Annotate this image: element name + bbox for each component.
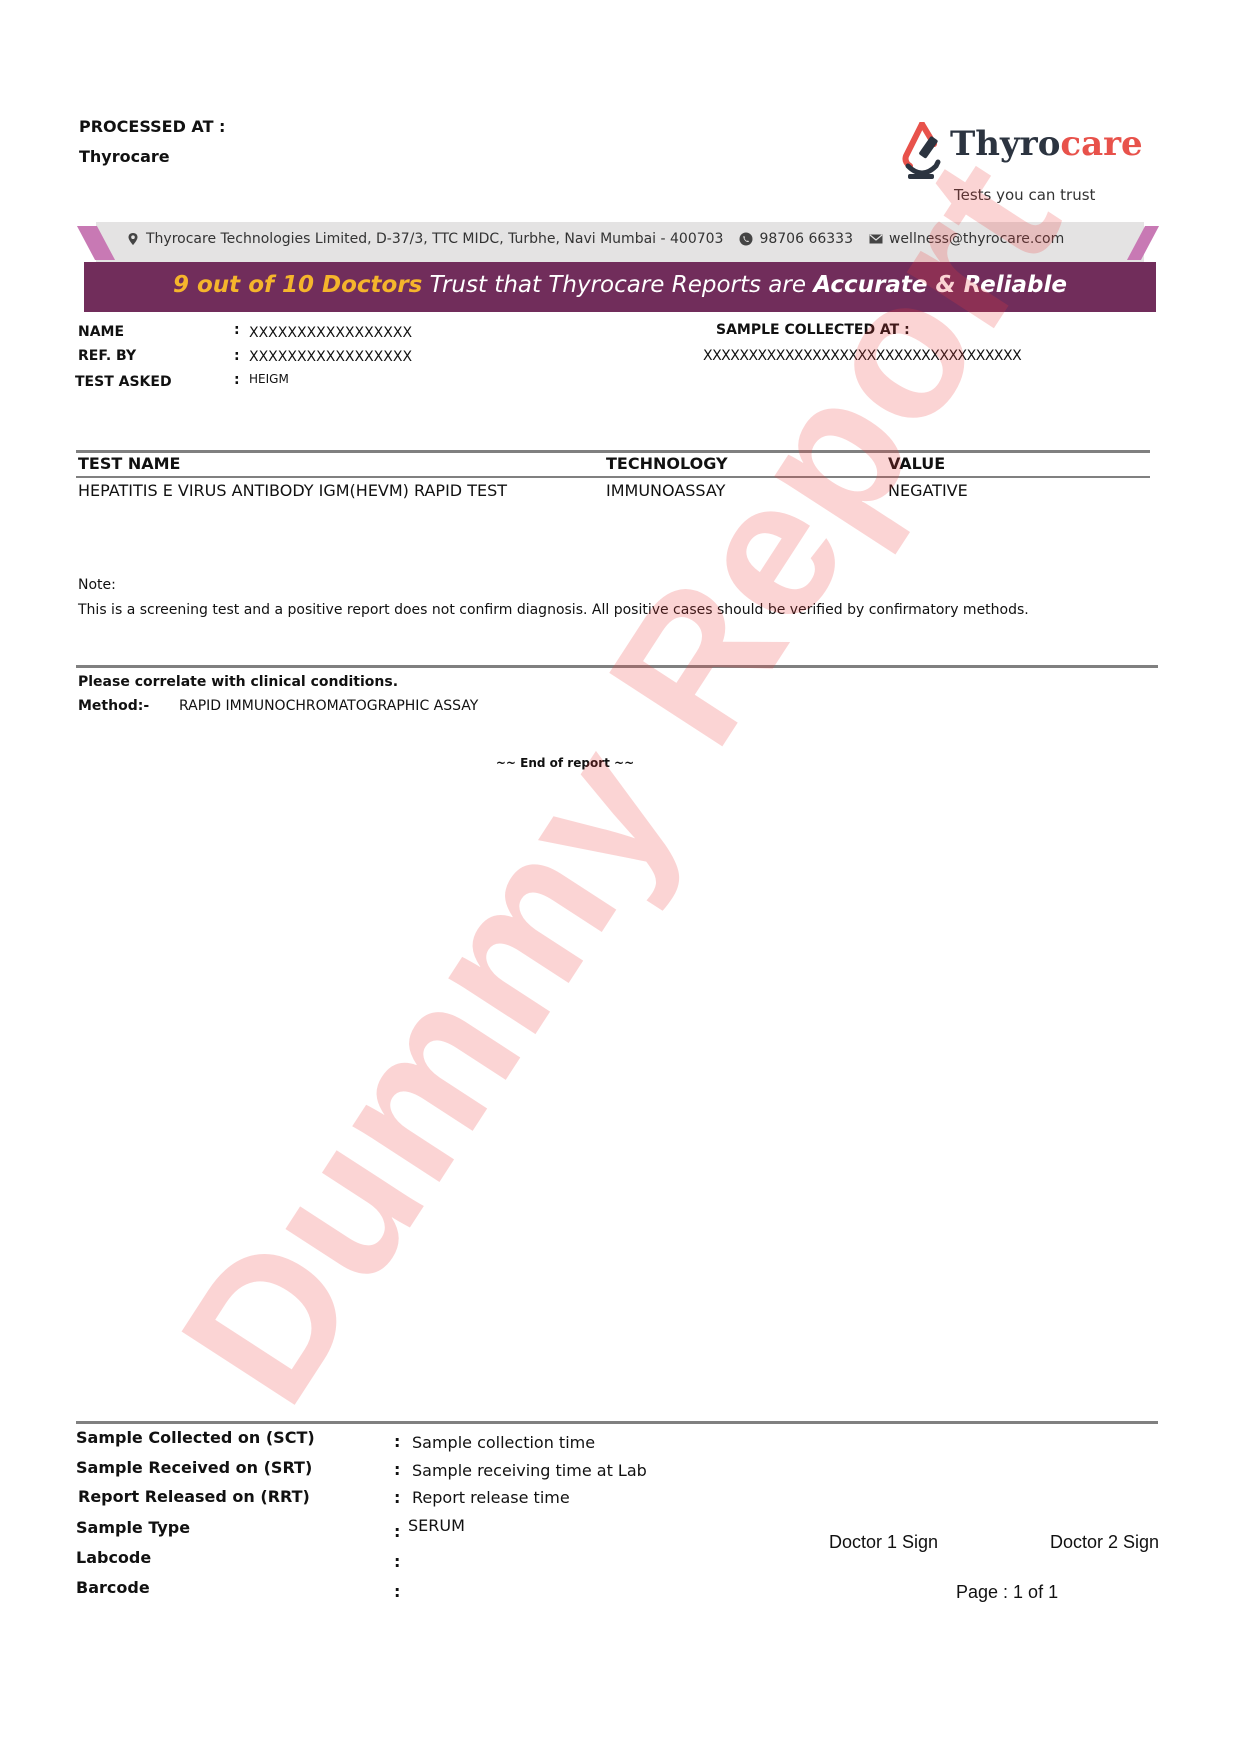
name-colon: : — [234, 322, 240, 338]
method-value: RAPID IMMUNOCHROMATOGRAPHIC ASSAY — [179, 698, 478, 714]
note-text: This is a screening test and a positive … — [78, 600, 1078, 621]
footer-label-rrt: Report Released on (RRT) — [78, 1487, 310, 1506]
contact-banner: Thyrocare Technologies Limited, D-37/3, … — [84, 222, 1156, 314]
column-header-value: VALUE — [888, 454, 945, 473]
doctor-1-sign: Doctor 1 Sign — [829, 1532, 938, 1553]
logo-tagline: Tests you can trust — [954, 186, 1095, 204]
whatsapp-phone-icon — [739, 232, 753, 246]
ref-by-colon: : — [234, 348, 240, 364]
footer-label-barcode: Barcode — [76, 1578, 150, 1597]
phone-text: 98706 66333 — [759, 231, 853, 247]
footer-colon: : — [394, 1488, 400, 1507]
sample-collected-at-value: XXXXXXXXXXXXXXXXXXXXXXXXXXXXXXXXXXX — [703, 348, 1021, 364]
name-label: NAME — [78, 324, 124, 340]
ref-by-value: XXXXXXXXXXXXXXXXX — [249, 349, 412, 365]
logo-wordmark: Thyrocare — [950, 124, 1143, 164]
processed-at-value: Thyrocare — [79, 147, 170, 166]
note-label: Note: — [78, 577, 116, 593]
doctor-2-sign: Doctor 2 Sign — [1050, 1532, 1159, 1553]
test-asked-colon: : — [234, 372, 240, 388]
footer-value-srt: Sample receiving time at Lab — [412, 1461, 647, 1480]
footer-label-sct: Sample Collected on (SCT) — [76, 1428, 315, 1447]
end-of-report: ~~ End of report ~~ — [0, 756, 1130, 770]
test-asked-label: TEST ASKED — [75, 374, 172, 390]
table-top-rule — [76, 450, 1150, 453]
footer-rule — [76, 1421, 1158, 1424]
footer-colon: : — [394, 1522, 400, 1541]
method-label: Method:- — [78, 698, 149, 714]
location-pin-icon — [126, 232, 140, 246]
ref-by-label: REF. BY — [78, 348, 136, 364]
dummy-report-watermark: Dummy Report — [137, 120, 1104, 1441]
column-header-test-name: TEST NAME — [78, 454, 180, 473]
column-header-technology: TECHNOLOGY — [606, 454, 728, 473]
correlate-text: Please correlate with clinical condition… — [78, 674, 398, 690]
notes-rule — [76, 665, 1158, 668]
technology-cell: IMMUNOASSAY — [606, 481, 725, 500]
footer-label-sample-type: Sample Type — [76, 1518, 190, 1537]
footer-colon: : — [394, 1432, 400, 1451]
footer-colon: : — [394, 1552, 400, 1571]
footer-value-rrt: Report release time — [412, 1488, 570, 1507]
test-name-cell: HEPATITIS E VIRUS ANTIBODY IGM(HEVM) RAP… — [78, 481, 507, 500]
value-cell: NEGATIVE — [888, 481, 968, 500]
thyrocare-logo: Thyrocare Tests you can trust — [900, 118, 1160, 208]
microscope-drop-icon — [900, 122, 946, 182]
footer-label-labcode: Labcode — [76, 1548, 151, 1567]
sample-collected-at-label: SAMPLE COLLECTED AT : — [716, 322, 910, 338]
name-value: XXXXXXXXXXXXXXXXX — [249, 325, 412, 341]
email-icon — [869, 232, 883, 246]
email-text: wellness@thyrocare.com — [889, 231, 1064, 247]
table-header-rule — [76, 476, 1150, 478]
address-text: Thyrocare Technologies Limited, D-37/3, … — [146, 231, 723, 247]
banner-tagline: 9 out of 10 Doctors Trust that Thyrocare… — [84, 272, 1156, 298]
processed-at-label: PROCESSED AT : — [79, 117, 225, 136]
page-number: Page : 1 of 1 — [956, 1582, 1058, 1603]
footer-value-sct: Sample collection time — [412, 1433, 595, 1452]
footer-value-sample-type: SERUM — [408, 1516, 465, 1535]
footer-colon: : — [394, 1582, 400, 1601]
contact-line: Thyrocare Technologies Limited, D-37/3, … — [126, 231, 1064, 247]
test-asked-value: HEIGM — [249, 372, 289, 386]
footer-colon: : — [394, 1460, 400, 1479]
footer-label-srt: Sample Received on (SRT) — [76, 1458, 312, 1477]
